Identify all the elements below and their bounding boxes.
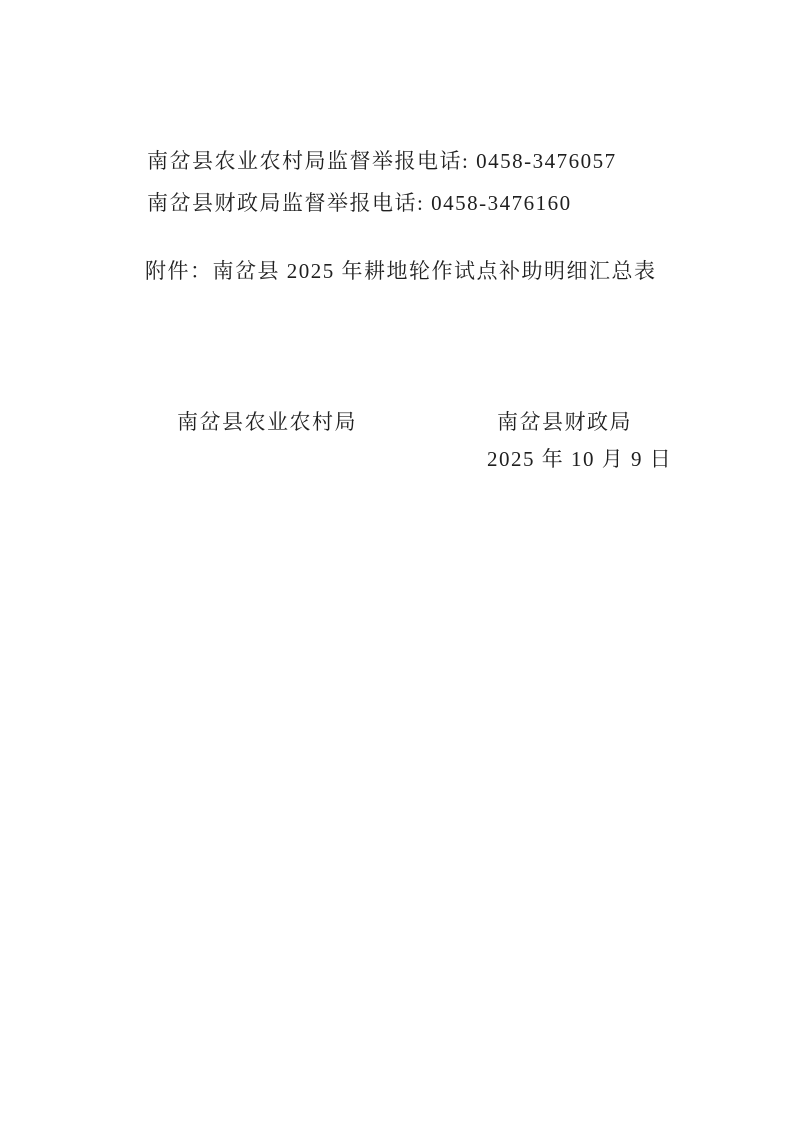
signature-agriculture-bureau: 南岔县农业农村局 — [177, 410, 357, 434]
document-date: 2025 年 10 月 9 日 — [487, 447, 672, 471]
agriculture-bureau-hotline-line: 南岔县农业农村局监督举报电话: 0458-3476057 — [147, 149, 617, 173]
signature-finance-bureau: 南岔县财政局 — [497, 410, 632, 434]
finance-bureau-hotline-line: 南岔县财政局监督举报电话: 0458-3476160 — [147, 191, 572, 215]
document-page: 南岔县农业农村局监督举报电话: 0458-3476057 南岔县财政局监督举报电… — [0, 0, 793, 1122]
attachment-reference-line: 附件：南岔县 2025 年耕地轮作试点补助明细汇总表 — [145, 259, 657, 283]
